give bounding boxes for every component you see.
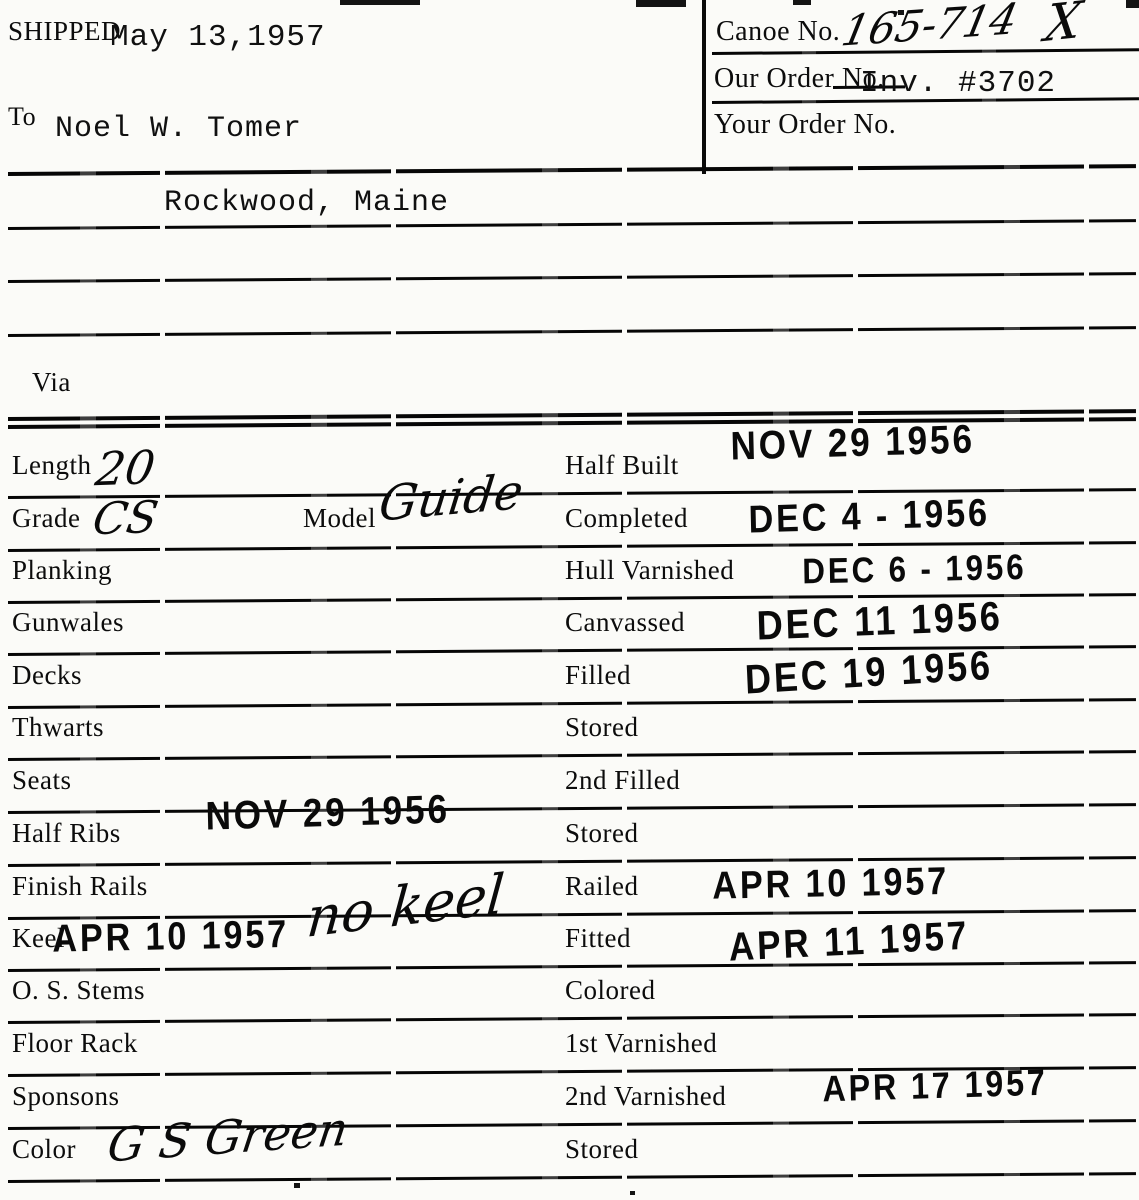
row-label-color: Color bbox=[12, 1134, 76, 1165]
row-label-seats: Seats bbox=[12, 765, 72, 796]
rule-line bbox=[8, 698, 1136, 709]
row-label-decks: Decks bbox=[12, 660, 82, 691]
row-label-length: Length bbox=[12, 450, 91, 481]
canoe-no-value: 165-714 bbox=[837, 0, 1022, 56]
row-label-2nd-filled: 2nd Filled bbox=[565, 765, 680, 796]
completed-date-stamp: DEC 4 - 1956 bbox=[748, 490, 990, 543]
to-label: To bbox=[8, 102, 36, 132]
keel-note: no keel bbox=[304, 862, 507, 950]
row-label-half-built: Half Built bbox=[565, 450, 679, 481]
row-label-2nd-varnished: 2nd Varnished bbox=[565, 1081, 726, 1112]
rule-line bbox=[8, 856, 1136, 867]
row-label-sponsons: Sponsons bbox=[12, 1081, 120, 1112]
scan-artifact bbox=[630, 1191, 635, 1195]
row-label-canvassed: Canvassed bbox=[565, 607, 685, 638]
scan-artifact bbox=[1126, 0, 1139, 8]
row-label-gunwales: Gunwales bbox=[12, 607, 124, 638]
row-label-colored: Colored bbox=[565, 975, 656, 1006]
half-built-date-stamp: NOV 29 1956 bbox=[730, 417, 975, 470]
order-box-divider bbox=[702, 0, 706, 174]
row-label-completed: Completed bbox=[565, 503, 688, 534]
rule-line bbox=[8, 750, 1136, 761]
scan-artifact bbox=[340, 0, 420, 5]
color-value: G S Green bbox=[104, 1101, 351, 1172]
our-order-value: Inv. #3702 bbox=[860, 66, 1056, 101]
model-value: Guide bbox=[376, 463, 526, 532]
length-value: 20 bbox=[92, 440, 158, 496]
our-order-label: Our Order No. bbox=[714, 63, 885, 95]
row-label-finish-rails: Finish Rails bbox=[12, 871, 148, 902]
recipient-name: Noel W. Tomer bbox=[55, 112, 302, 146]
grade-value: CS bbox=[89, 492, 162, 546]
rule-line bbox=[8, 164, 1136, 176]
row-label-half-ribs: Half Ribs bbox=[12, 818, 121, 849]
hull-varnished-date-stamp: DEC 6 - 1956 bbox=[802, 547, 1027, 592]
rule-line bbox=[8, 803, 1136, 814]
row-label-stored-2: Stored bbox=[565, 818, 639, 849]
2nd-varnished-date-stamp: APR 17 1957 bbox=[822, 1062, 1048, 1111]
half-ribs-date-stamp: NOV 29 1956 bbox=[205, 787, 450, 840]
row-label-1st-varnished: 1st Varnished bbox=[565, 1028, 717, 1059]
recipient-address: Rockwood, Maine bbox=[164, 186, 449, 220]
row-label-os-stems: O. S. Stems bbox=[12, 975, 145, 1006]
rule-line bbox=[8, 1172, 1136, 1183]
row-label-fitted: Fitted bbox=[565, 923, 631, 954]
rule-line bbox=[8, 326, 1136, 337]
rule-line bbox=[8, 1013, 1136, 1024]
scan-artifact bbox=[636, 0, 686, 7]
railed-date-stamp: APR 10 1957 bbox=[712, 858, 949, 908]
row-label-stored-1: Stored bbox=[565, 712, 639, 743]
row-label-thwarts: Thwarts bbox=[12, 712, 104, 743]
filled-date-stamp: DEC 19 1956 bbox=[744, 643, 994, 704]
row-label-railed: Railed bbox=[565, 871, 638, 902]
row-label-planking: Planking bbox=[12, 555, 112, 586]
row-label-stored-3: Stored bbox=[565, 1134, 639, 1165]
canoe-no-x-mark: X bbox=[1042, 0, 1086, 53]
rule-line bbox=[8, 272, 1136, 283]
row-label-grade: Grade bbox=[12, 503, 80, 534]
row-label-hull-varnished: Hull Varnished bbox=[565, 555, 734, 586]
scan-artifact bbox=[793, 0, 811, 5]
your-order-label: Your Order No. bbox=[714, 109, 896, 141]
rule-line bbox=[8, 219, 1136, 230]
shipped-label: SHIPPED bbox=[8, 16, 121, 47]
canoe-no-label: Canoe No. bbox=[716, 16, 840, 48]
shipped-date-value: May 13,1957 bbox=[110, 20, 326, 55]
row-label-model: Model bbox=[303, 503, 376, 534]
row-label-filled: Filled bbox=[565, 660, 631, 691]
keel-date-stamp: APR 10 1957 bbox=[52, 911, 289, 961]
via-label: Via bbox=[32, 367, 71, 398]
rule-line bbox=[8, 961, 1136, 972]
scan-artifact bbox=[294, 1183, 300, 1188]
row-label-floor-rack: Floor Rack bbox=[12, 1028, 138, 1059]
canvassed-date-stamp: DEC 11 1956 bbox=[756, 594, 1003, 650]
record-card: SHIPPED May 13,1957 To Noel W. Tomer Roc… bbox=[0, 0, 1139, 1200]
